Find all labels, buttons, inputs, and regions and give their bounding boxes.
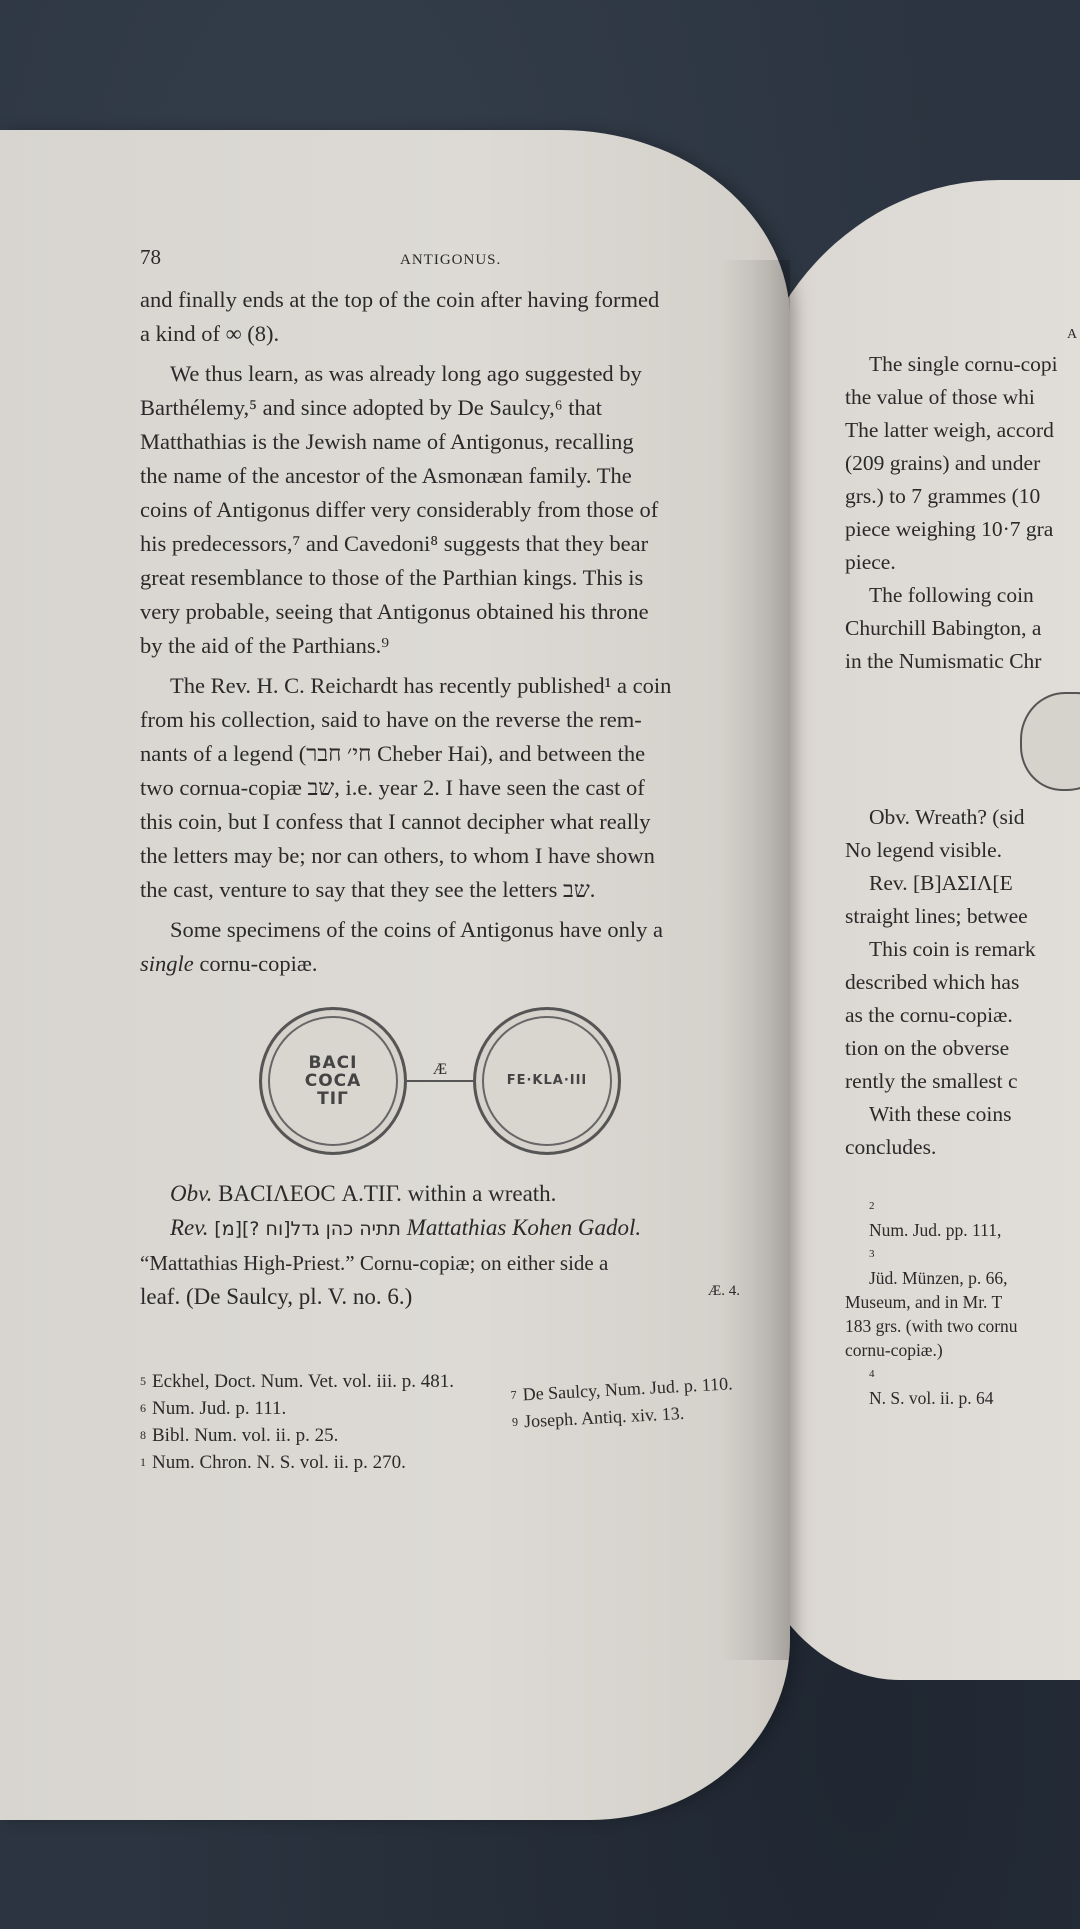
rev-hebrew-legend: [מ]תתיה כהן גדל[וח ?]	[214, 1218, 401, 1240]
footnote-number: 3	[869, 1242, 1080, 1266]
rev-transliteration: Mattathias Kohen Gadol.	[407, 1215, 641, 1240]
text-line: We thus learn, as was already long ago s…	[140, 357, 740, 391]
text-line: great resemblance to those of the Parthi…	[140, 561, 740, 595]
footnote-continued: Museum, and in Mr. T	[845, 1290, 1080, 1314]
text-line: coins of Antigonus differ very considera…	[140, 493, 740, 527]
text-line: piece weighing 10·7 gra	[845, 513, 1080, 546]
obv-text: ΒΑCΙΛΕΟC Α.ΤΙΓ. within a wreath.	[218, 1181, 556, 1206]
text-fragment: cornu-copiæ.	[194, 951, 318, 976]
footnote-text: Num. Jud. p. 111.	[152, 1398, 286, 1419]
coin-obverse-illustration: BACI COCA TIΓ	[259, 1007, 407, 1155]
description-line: “Mattathias High-Priest.” Cornu-copiæ; o…	[140, 1246, 740, 1280]
metal-label: Æ	[433, 1060, 447, 1080]
right-page-content: A The single cornu-copi the value of tho…	[845, 300, 1080, 1410]
footnote: 2Num. Jud. pp. 111,	[845, 1194, 1080, 1242]
footnote-number: 5	[140, 1374, 146, 1388]
paragraph-2: We thus learn, as was already long ago s…	[140, 357, 740, 663]
text-line: rently the smallest c	[845, 1065, 1080, 1098]
reverse-line: Rev. [מ]תתיה כהן גדל[וח ?] Mattathias Ko…	[140, 1211, 740, 1246]
coin-figure: BACI COCA TIΓ Æ . FE·KLA·III	[140, 1007, 740, 1155]
footnote: 4N. S. vol. ii. p. 64	[845, 1362, 1080, 1410]
text-line: a kind of ∞ (8).	[140, 317, 740, 351]
footnote: 3Jüd. Münzen, p. 66,	[845, 1242, 1080, 1290]
coin-reverse-legend: FE·KLA·III	[507, 1072, 588, 1090]
text-line: by the aid of the Parthians.⁹	[140, 629, 740, 663]
text-line: his predecessors,⁷ and Cavedoni⁸ suggest…	[140, 527, 740, 561]
legend-line: COCA	[305, 1072, 362, 1090]
text-line: Matthathias is the Jewish name of Antigo…	[140, 425, 740, 459]
footnote-text: Jüd. Münzen, p. 66,	[869, 1266, 1080, 1290]
text-line: very probable, seeing that Antigonus obt…	[140, 595, 740, 629]
text-line: tion on the obverse	[845, 1032, 1080, 1065]
text-line: the letters may be; nor can others, to w…	[140, 839, 740, 873]
text-line: two cornua-copiæ שב, i.e. year 2. I have…	[140, 771, 740, 805]
text-line: The following coin	[845, 579, 1080, 612]
running-head: 78 ANTIGONUS.	[140, 240, 740, 277]
paragraph-4: Some specimens of the coins of Antigonus…	[140, 913, 740, 981]
footnote-number: 2	[869, 1194, 1080, 1218]
right-running-head: A	[1067, 318, 1077, 351]
text-line: nants of a legend (חי׳ חבר Cheber Hai), …	[140, 737, 740, 771]
obv-label: Obv.	[170, 1181, 212, 1206]
description-text: leaf. (De Saulcy, pl. V. no. 6.)	[140, 1284, 412, 1309]
text-line: No legend visible.	[845, 834, 1080, 867]
footnote-text: Num. Chron. N. S. vol. ii. p. 270.	[152, 1452, 406, 1473]
rev-label: Rev.	[170, 1215, 209, 1240]
text-line: straight lines; betwee	[845, 900, 1080, 933]
right-footnotes: 2Num. Jud. pp. 111, 3Jüd. Münzen, p. 66,…	[845, 1194, 1080, 1410]
text-line: (209 grains) and under	[845, 447, 1080, 480]
footnote-number: 7	[510, 1388, 517, 1402]
text-line: This coin is remark	[845, 933, 1080, 966]
text-line: from his collection, said to have on the…	[140, 703, 740, 737]
text-line: Barthélemy,⁵ and since adopted by De Sau…	[140, 391, 740, 425]
right-coin-illustration	[1020, 692, 1080, 791]
text-line: Obv. Wreath? (sid	[845, 801, 1080, 834]
coin-description: Obv. ΒΑCΙΛΕΟC Α.ΤΙΓ. within a wreath. Re…	[140, 1177, 740, 1314]
text-line: and finally ends at the top of the coin …	[140, 283, 740, 317]
text-line: The single cornu-copi	[845, 348, 1080, 381]
text-line: this coin, but I confess that I cannot d…	[140, 805, 740, 839]
text-line: concludes.	[845, 1131, 1080, 1164]
footnote-number: 4	[869, 1362, 1080, 1386]
text-line: described which has	[845, 966, 1080, 999]
text-line: Rev. [B]ΑΣΙΛ[Ε	[845, 867, 1080, 900]
text-line: Some specimens of the coins of Antigonus…	[140, 913, 740, 947]
footnote-number: 8	[140, 1428, 146, 1442]
right-paragraph-top: The single cornu-copi the value of those…	[845, 348, 1080, 678]
text-line: in the Numismatic Chr	[845, 645, 1080, 678]
paragraph-1: and finally ends at the top of the coin …	[140, 283, 740, 351]
footnote: 1Num. Chron. N. S. vol. ii. p. 270.	[140, 1449, 740, 1476]
text-line: grs.) to 7 grammes (10	[845, 480, 1080, 513]
text-line: Churchill Babington, a	[845, 612, 1080, 645]
legend-line: TIΓ	[305, 1090, 362, 1108]
footnote-continued: cornu-copiæ.)	[845, 1338, 1080, 1362]
text-line: the cast, venture to say that they see t…	[140, 873, 740, 907]
footnote-text: Joseph. Antiq. xiv. 13.	[524, 1403, 685, 1431]
connector-line	[407, 1080, 473, 1082]
footnote-text: N. S. vol. ii. p. 64	[869, 1386, 1080, 1410]
metal-size: Æ. 4.	[708, 1274, 740, 1308]
legend-line: BACI	[305, 1054, 362, 1072]
footnote-number: 6	[140, 1401, 146, 1415]
footnote-text: Num. Jud. pp. 111,	[869, 1218, 1080, 1242]
footnote-text: Bibl. Num. vol. ii. p. 25.	[152, 1425, 338, 1446]
text-line: as the cornu-copiæ.	[845, 999, 1080, 1032]
coin-obverse-legend: BACI COCA TIΓ	[305, 1054, 362, 1108]
right-paragraph-middle: Obv. Wreath? (sid No legend visible. Rev…	[845, 801, 1080, 1164]
footnotes: 5Eckhel, Doct. Num. Vet. vol. iii. p. 48…	[140, 1368, 740, 1476]
running-head-title: ANTIGONUS.	[400, 243, 501, 277]
text-line: the name of the ancestor of the Asmonæan…	[140, 459, 740, 493]
page-number: 78	[140, 240, 400, 274]
footnote-continued: 183 grs. (with two cornu	[845, 1314, 1080, 1338]
footnote-number: 9	[512, 1415, 519, 1429]
italic-word: single	[140, 951, 194, 976]
text-line: The Rev. H. C. Reichardt has recently pu…	[140, 669, 740, 703]
text-line: piece.	[845, 546, 1080, 579]
text-line: the value of those whi	[845, 381, 1080, 414]
obverse-line: Obv. ΒΑCΙΛΕΟC Α.ΤΙΓ. within a wreath.	[140, 1177, 740, 1211]
left-page-content: 78 ANTIGONUS. and finally ends at the to…	[140, 240, 740, 1476]
description-line: leaf. (De Saulcy, pl. V. no. 6.) Æ. 4.	[140, 1280, 740, 1314]
coin-reverse-illustration: FE·KLA·III	[473, 1007, 621, 1155]
coin-connector: Æ .	[407, 1060, 473, 1102]
text-line: With these coins	[845, 1098, 1080, 1131]
footnote-text: Eckhel, Doct. Num. Vet. vol. iii. p. 481…	[152, 1371, 454, 1392]
footnote-number: 1	[140, 1455, 146, 1469]
paragraph-3: The Rev. H. C. Reichardt has recently pu…	[140, 669, 740, 907]
text-line: The latter weigh, accord	[845, 414, 1080, 447]
